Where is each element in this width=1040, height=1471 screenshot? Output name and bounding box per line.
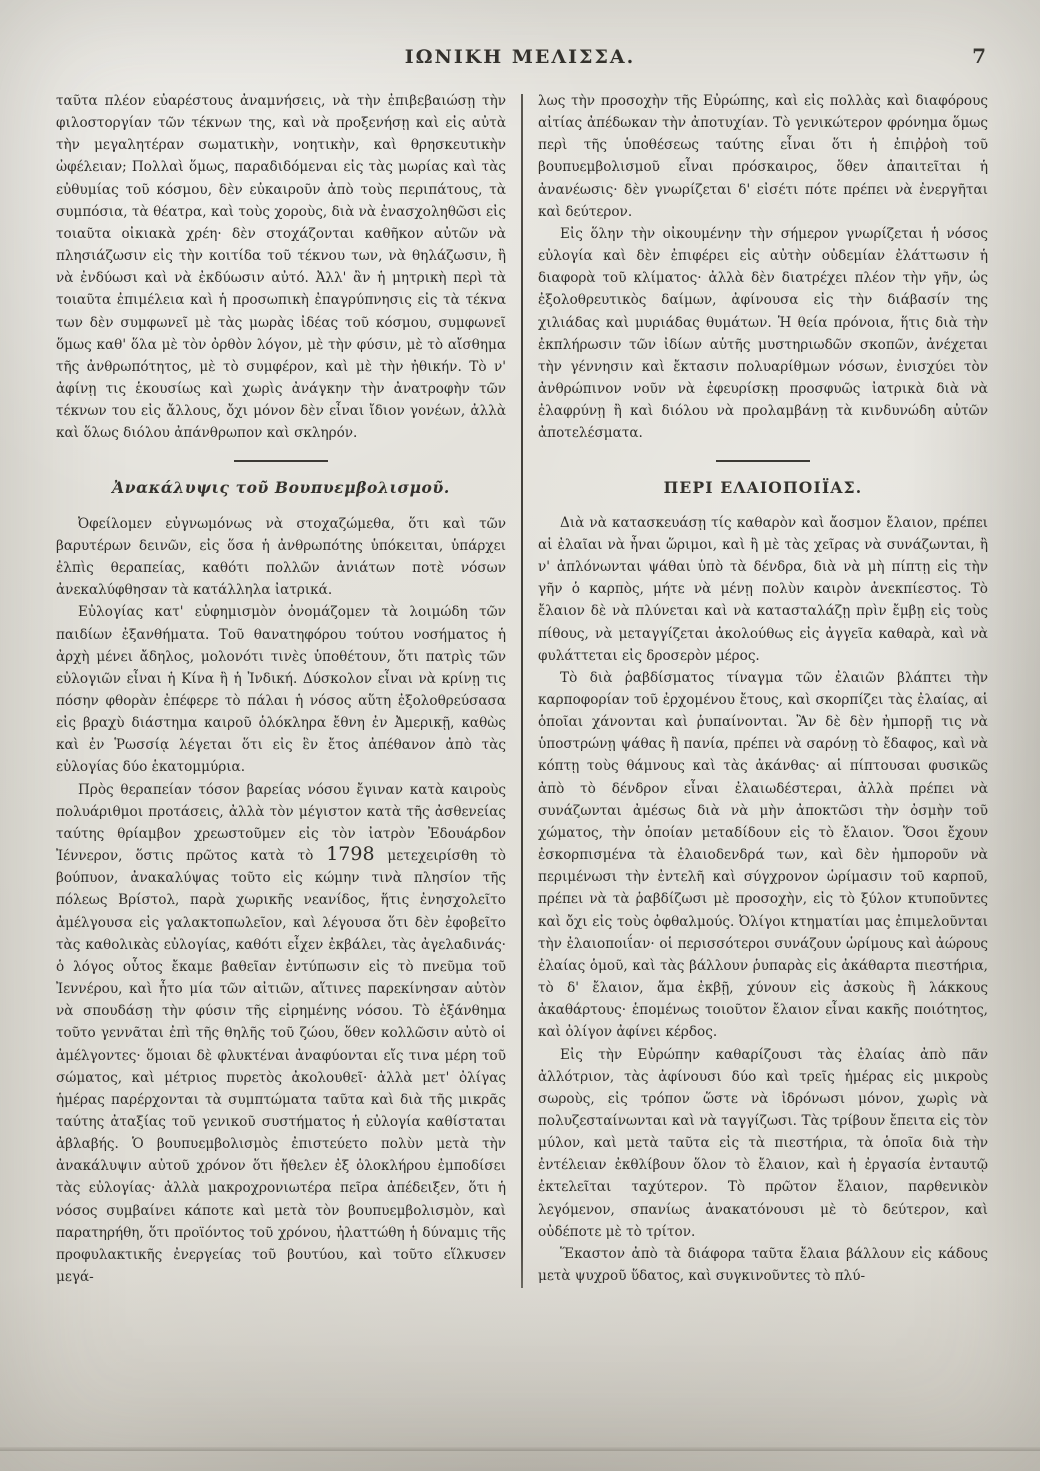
page-number: 7 xyxy=(972,44,986,68)
section-heading: ΠΕΡΙ ΕΛΑΙΟΠΟΙΪΑΣ. xyxy=(538,475,988,500)
section-divider xyxy=(234,460,328,462)
right-column: λως τὴν προσοχὴν τῆς Εὐρώπης, καὶ εἰς πο… xyxy=(523,90,988,1288)
section-heading: Ἀνακάλυψις τοῦ Βουπυεμβολισμοῦ. xyxy=(56,475,506,500)
paragraph: Εὐλογίας κατ' εὐφημισμὸν ὀνομάζομεν τὰ λ… xyxy=(56,601,506,778)
journal-title: ΙΩΝΙΚΗ ΜΕΛΙΣΣΑ. xyxy=(0,46,1040,68)
paragraph: Εἰς τὴν Εὐρώπην καθαρίζουσι τὰς ἐλαίας ἀ… xyxy=(538,1044,988,1243)
year-figure: 1798 xyxy=(326,843,374,865)
paragraph: ταῦτα πλέον εὐαρέστους ἀναμνήσεις, νὰ τὴ… xyxy=(56,90,506,445)
section-divider xyxy=(716,460,810,462)
paragraph: Εἰς ὅλην τὴν οἰκουμένην τὴν σήμερον γνωρ… xyxy=(538,223,988,445)
scanned-journal-page: ΙΩΝΙΚΗ ΜΕΛΙΣΣΑ. 7 ταῦτα πλέον εὐαρέστους… xyxy=(0,0,1040,1471)
paragraph: Πρὸς θεραπείαν τόσον βαρείας νόσου ἔγινα… xyxy=(56,779,506,1289)
paragraph: Ὀφείλομεν εὐγνωμόνως νὰ στοχαζώμεθα, ὅτι… xyxy=(56,513,506,602)
left-column: ταῦτα πλέον εὐαρέστους ἀναμνήσεις, νὰ τὴ… xyxy=(56,90,521,1288)
paragraph: λως τὴν προσοχὴν τῆς Εὐρώπης, καὶ εἰς πο… xyxy=(538,90,988,223)
paragraph: Ἕκαστον ἀπὸ τὰ διάφορα ταῦτα ἔλαια βάλλο… xyxy=(538,1243,988,1287)
page-header: ΙΩΝΙΚΗ ΜΕΛΙΣΣΑ. 7 xyxy=(0,0,1040,86)
two-column-body: ταῦτα πλέον εὐαρέστους ἀναμνήσεις, νὰ τὴ… xyxy=(0,86,1040,1288)
paragraph: Διὰ νὰ κατασκευάσῃ τίς καθαρὸν καὶ ἄοσμο… xyxy=(538,512,988,667)
paragraph: Τὸ διὰ ῥαβδίσματος τίναγμα τῶν ἐλαιῶν βλ… xyxy=(538,667,988,1044)
